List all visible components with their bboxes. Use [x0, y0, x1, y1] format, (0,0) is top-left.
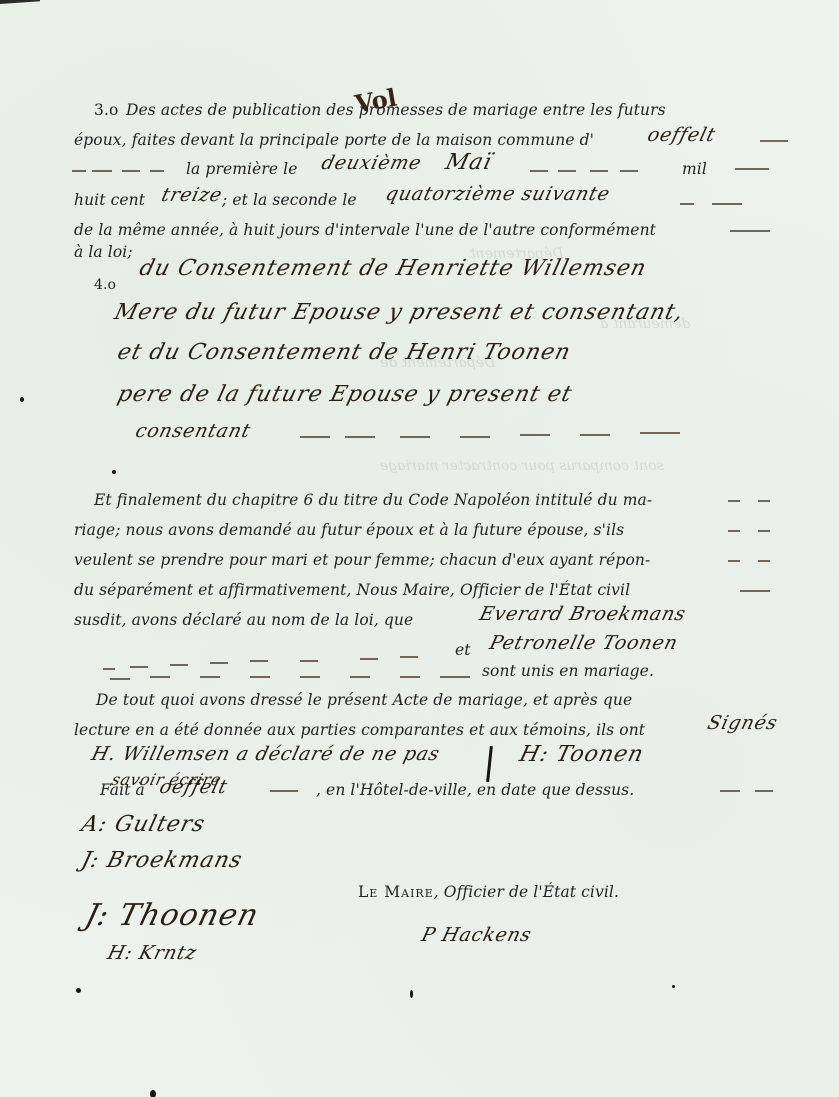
fill-dash: [210, 662, 228, 664]
fill-dash: [150, 170, 164, 172]
handwritten-groom-name: Everard Broekmans: [477, 603, 688, 625]
fill-dash: [400, 436, 430, 438]
fill-dash: [360, 658, 378, 660]
fill-dash: [720, 790, 740, 792]
page-corner-shadow: [0, 0, 40, 4]
section4-number: 4.o: [94, 277, 116, 293]
fill-dash: [735, 168, 769, 170]
mayor-signature: P Hackens: [419, 924, 534, 946]
section3-line6: à la loi;: [74, 243, 133, 261]
fill-dash: [580, 434, 610, 436]
final-et: et: [455, 641, 471, 659]
fill-dash: [730, 230, 770, 232]
handwritten-month: Maï: [443, 150, 495, 175]
bleed-through-text: sont comparus pour contracter mariage: [380, 458, 664, 474]
ink-speck: [112, 470, 116, 474]
fill-dash: [558, 170, 576, 172]
fill-dash: [728, 560, 740, 562]
section3-line5: de la même année, à huit jours d'interva…: [74, 221, 656, 239]
fill-dash: [250, 660, 268, 662]
fill-dash: [300, 676, 320, 678]
fill-dash: [760, 140, 788, 142]
fill-dash: [300, 436, 330, 438]
separator-stroke: [486, 746, 493, 782]
closing-fait-a: Fait à: [100, 781, 145, 799]
ink-speck: [150, 1090, 156, 1097]
fill-dash: [620, 170, 638, 172]
fill-dash: [460, 436, 490, 438]
closing-fait-rest: , en l'Hôtel-de-ville, en date que dessu…: [316, 781, 634, 799]
fill-dash: [110, 678, 130, 680]
fill-dash: [728, 530, 740, 532]
handwritten-consent-line: consentant: [133, 420, 253, 442]
section3-number: 3.o: [94, 101, 118, 119]
handwritten-consent-line: pere de la future Epouse y present et: [115, 382, 575, 407]
fill-dash: [440, 676, 470, 678]
document-page: Département demeurant à Département de s…: [0, 0, 839, 1097]
final-line2: riage; nous avons demandé au futur époux…: [74, 521, 624, 539]
final-line4: du séparément et affirmativement, Nous M…: [74, 581, 630, 599]
fill-dash: [250, 676, 270, 678]
fill-dash: [170, 664, 188, 666]
fill-dash: [530, 170, 548, 172]
fill-dash: [103, 668, 115, 670]
witness-signature: A: Gulters: [79, 812, 208, 837]
fill-dash: [590, 170, 608, 172]
fill-dash: [758, 500, 770, 502]
fill-dash: [520, 434, 550, 436]
section3-line2: époux, faites devant la principale porte…: [74, 131, 594, 149]
fill-dash: [150, 676, 170, 678]
handwritten-bride-name: Petronelle Toonen: [487, 632, 680, 654]
fill-dash: [712, 203, 742, 205]
final-line3: veulent se prendre pour mari et pour fem…: [74, 551, 650, 569]
fill-dash: [130, 666, 148, 668]
fill-dash: [755, 790, 773, 792]
fill-dash: [300, 660, 318, 662]
fill-dash: [200, 676, 220, 678]
handwritten-year: treize: [159, 184, 225, 206]
handwritten-place: oeffelt: [645, 124, 718, 146]
handwritten-signes: Signés: [705, 712, 780, 734]
fill-dash: [758, 560, 770, 562]
closing-line2: lecture en a été donnée aux parties comp…: [74, 721, 645, 739]
fill-dash: [72, 170, 86, 172]
fill-dash: [92, 170, 112, 172]
ink-speck: [410, 990, 413, 998]
final-line5: susdit, avons déclaré au nom de la loi, …: [74, 611, 413, 629]
fill-dash: [680, 203, 694, 205]
section3-line4a: huit cent: [74, 191, 145, 209]
fill-dash: [728, 500, 740, 502]
fill-dash: [640, 432, 680, 434]
witness-signature: H: Krntz: [105, 942, 199, 964]
fill-dash: [740, 590, 770, 592]
handwritten-day: deuxième: [319, 152, 424, 174]
fill-dash: [122, 170, 140, 172]
handwritten-second-date: quatorzième suivante: [383, 183, 612, 205]
fill-dash: [400, 676, 420, 678]
section3-line4b: ; et la seconde le: [222, 191, 357, 209]
ink-speck: [672, 985, 675, 988]
witness-signature: J: Broekmans: [79, 848, 245, 873]
mayor-title: Le Maire, Officier de l'État civil.: [358, 883, 619, 901]
fill-dash: [350, 676, 370, 678]
fill-dash: [400, 656, 418, 658]
final-united: sont unis en mariage.: [482, 662, 654, 680]
final-line1: Et finalement du chapitre 6 du titre du …: [94, 491, 652, 509]
handwritten-declaration: H. Willemsen a déclaré de ne pas: [89, 743, 442, 765]
signature-toonen: H: Toonen: [517, 742, 647, 767]
handwritten-consent-line: du Consentement de Henriette Willemsen: [137, 256, 649, 281]
mayor-title-rest: , Officier de l'État civil.: [434, 883, 619, 901]
witness-signature: J: Thoonen: [82, 898, 263, 933]
fill-dash: [345, 436, 375, 438]
section3-line3a: la première le: [186, 160, 298, 178]
section3-line1: Des actes de publication des promesses d…: [126, 101, 666, 119]
fill-dash: [270, 790, 298, 792]
ink-speck: [76, 988, 81, 993]
fill-dash: [758, 530, 770, 532]
section3-line3b: mil: [682, 160, 707, 178]
ink-speck: [20, 397, 24, 402]
mayor-title-caps: Le Maire: [358, 883, 434, 901]
handwritten-consent-line: Mere du futur Epouse y present et consen…: [112, 300, 687, 325]
closing-line1: De tout quoi avons dressé le présent Act…: [96, 691, 632, 709]
handwritten-consent-line: et du Consentement de Henri Toonen: [115, 340, 574, 365]
handwritten-place-fait: oeffelt: [157, 776, 230, 798]
